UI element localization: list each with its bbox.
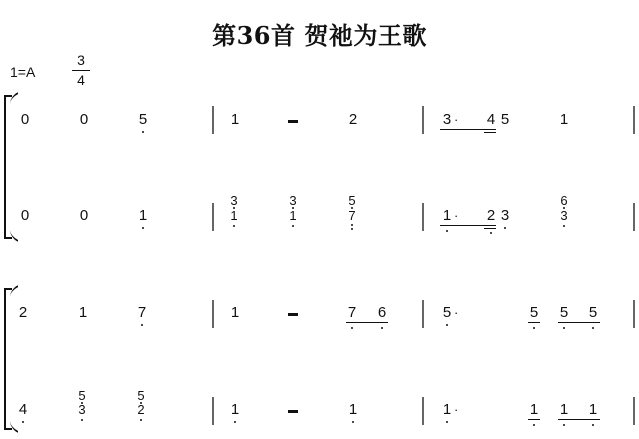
barline [212, 203, 214, 231]
note: 3 [440, 112, 454, 128]
note: 2 [484, 208, 498, 224]
low-octave-dot-icon [351, 224, 353, 226]
augmentation-dot: · [454, 208, 458, 223]
low-octave-dot-icon [490, 232, 492, 234]
low-octave-dot-icon [446, 421, 448, 423]
augmentation-dot: · [454, 305, 458, 320]
note: 0 [18, 208, 32, 224]
barline [212, 300, 214, 328]
note: 5 [498, 112, 512, 128]
barline [633, 300, 635, 328]
note: 2 [346, 112, 360, 128]
barline [422, 203, 424, 231]
barline [422, 300, 424, 328]
note: 1 [346, 402, 360, 418]
low-octave-dot-icon [533, 424, 535, 426]
extension-dash-icon [288, 313, 298, 316]
note: 5 [527, 305, 541, 321]
note: 2 [16, 305, 30, 321]
note: 0 [77, 112, 91, 128]
system-2-brace-icon [4, 288, 12, 430]
barline [212, 397, 214, 425]
note: 1 [440, 402, 454, 418]
beam-underline [558, 419, 600, 420]
barline [212, 106, 214, 134]
chord-lower-note: 1 [227, 208, 241, 224]
low-octave-dot-icon [142, 227, 144, 229]
time-signature-bottom: 4 [72, 72, 90, 89]
barline [633, 397, 635, 425]
note: 3 [498, 208, 512, 224]
low-octave-dot-icon [142, 131, 144, 133]
note: 1 [557, 112, 571, 128]
low-octave-dot-icon [592, 424, 594, 426]
note: 0 [77, 208, 91, 224]
chord-upper-note: 5 [345, 193, 359, 209]
note: 1 [228, 112, 242, 128]
note: 5 [586, 305, 600, 321]
note: 1 [76, 305, 90, 321]
note: 7 [135, 305, 149, 321]
chord-lower-note: 7 [345, 208, 359, 224]
note: 1 [440, 208, 454, 224]
chord-lower-note: 1 [286, 208, 300, 224]
extension-dash-icon [288, 120, 298, 123]
note: 4 [484, 112, 498, 128]
low-octave-dot-icon [141, 324, 143, 326]
low-octave-dot-icon [352, 421, 354, 423]
note: 5 [440, 305, 454, 321]
beam-underline [484, 228, 496, 229]
low-octave-dot-icon [81, 419, 83, 421]
low-octave-dot-icon [504, 227, 506, 229]
low-octave-dot-icon [563, 225, 565, 227]
note: 1 [228, 305, 242, 321]
time-signature-divider [72, 70, 90, 71]
song-title: 第36首 贺祂为王歌 [0, 16, 639, 51]
low-octave-dot-icon [563, 424, 565, 426]
low-octave-dot-icon [563, 327, 565, 329]
key-signature: 1=A [10, 64, 35, 80]
chord-upper-note: 6 [557, 193, 571, 209]
beam-underline [528, 419, 540, 420]
beam-underline [440, 129, 496, 130]
beam-underline [558, 322, 600, 323]
barline [633, 203, 635, 231]
low-octave-dot-icon [22, 421, 24, 423]
note: 5 [136, 112, 150, 128]
barline [633, 106, 635, 134]
note: 1 [586, 402, 600, 418]
time-signature: 3 4 [72, 52, 90, 89]
low-octave-dot-icon [233, 225, 235, 227]
beam-underline [528, 322, 540, 323]
chord-lower-note: 3 [557, 208, 571, 224]
augmentation-dot: · [454, 402, 458, 417]
note: 0 [18, 112, 32, 128]
chord-lower-note: 3 [75, 402, 89, 418]
low-octave-dot-icon [234, 421, 236, 423]
beam-underline [440, 225, 496, 226]
barline [422, 106, 424, 134]
system-1-brace-icon [4, 95, 12, 239]
note: 4 [16, 402, 30, 418]
note: 6 [375, 305, 389, 321]
chord-upper-note: 3 [227, 193, 241, 209]
low-octave-dot-icon [381, 327, 383, 329]
low-octave-dot-icon [351, 228, 353, 230]
note: 1 [228, 402, 242, 418]
barline [422, 397, 424, 425]
chord-lower-note: 2 [134, 402, 148, 418]
augmentation-dot: · [454, 112, 458, 127]
low-octave-dot-icon [351, 327, 353, 329]
note: 1 [136, 208, 150, 224]
low-octave-dot-icon [592, 327, 594, 329]
note: 1 [557, 402, 571, 418]
low-octave-dot-icon [292, 225, 294, 227]
time-signature-top: 3 [72, 52, 90, 69]
low-octave-dot-icon [446, 324, 448, 326]
beam-underline [346, 322, 388, 323]
chord-upper-note: 3 [286, 193, 300, 209]
note: 1 [527, 402, 541, 418]
low-octave-dot-icon [140, 419, 142, 421]
note: 5 [557, 305, 571, 321]
beam-underline [484, 132, 496, 133]
extension-dash-icon [288, 410, 298, 413]
low-octave-dot-icon [446, 230, 448, 232]
low-octave-dot-icon [533, 327, 535, 329]
note: 7 [345, 305, 359, 321]
